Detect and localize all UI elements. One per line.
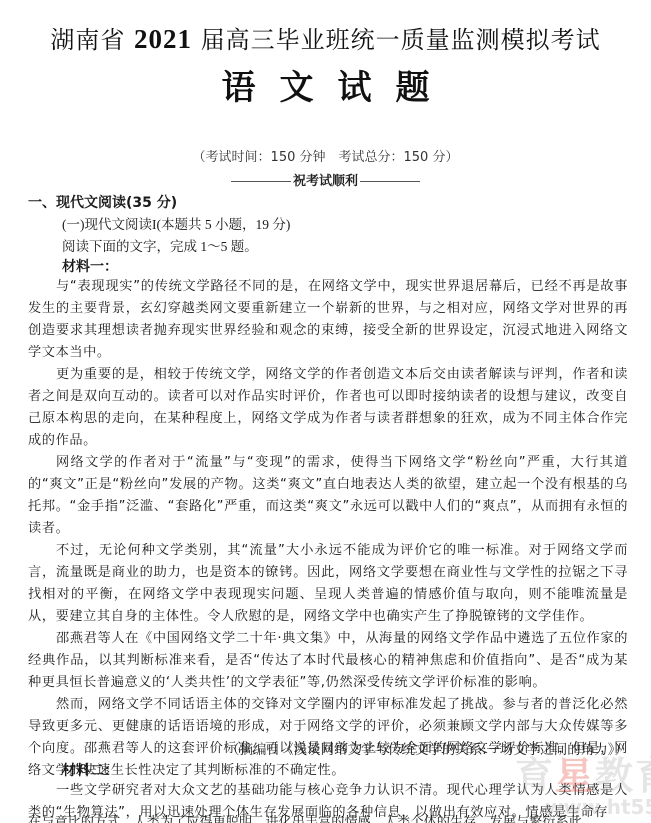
watermark-url: www.ht55.com [545, 795, 651, 819]
instruction: 阅读下面的文字，完成 1～5 题。 [62, 235, 258, 255]
watermark-char-red: 星 [555, 754, 595, 798]
material2-label: 材料二： [62, 760, 118, 780]
title-year: 2021 [134, 24, 192, 54]
exam-page: 湖南省 2021 届高三毕业班统一质量监测模拟考试 语文试题 （考试时间：150… [0, 0, 651, 823]
subsection-heading: (一)现代文阅读I(本题共 5 小题，19 分) [62, 213, 290, 233]
good-luck-banner: 祝考试顺利 [0, 170, 651, 189]
material1-label: 材料一： [62, 256, 118, 276]
partial-text: 在与意比的方式，人类为了应得更聪明，进化出丰富的情感，人类个体的生存、发展与繁衍… [28, 815, 582, 823]
good-luck-text: 祝考试顺利 [293, 174, 358, 189]
paragraph: 网络文学的作者对于“流量”与“变现”的需求，使得当下网络文学“粉丝向”严重，大行… [28, 452, 628, 540]
subject-title: 语文试题 [0, 60, 651, 109]
cut-off-line: 在与意比的方式，人类为了应得更聪明，进化出丰富的情感，人类个体的生存、发展与繁衍… [28, 812, 628, 823]
paragraph: 更为重要的是，相较于传统文学，网络文学的作者创造文本后交由读者解读与评判，作者和… [28, 364, 628, 452]
title-prefix: 湖南省 [50, 26, 125, 54]
material1-body: 与“表现现实”的传统文学路径不同的是，在网络文学中，现实世界退居幕后，已经不再是… [28, 276, 628, 782]
exam-title: 湖南省 2021 届高三毕业班统一质量监测模拟考试 [0, 20, 651, 55]
paragraph: 与“表现现实”的传统文学路径不同的是，在网络文学中，现实世界退居幕后，已经不再是… [28, 276, 628, 364]
divider-left [231, 181, 291, 182]
exam-info: （考试时间：150 分钟 考试总分：150 分） [0, 146, 651, 165]
title-suffix: 届高三毕业班统一质量监测模拟考试 [201, 26, 601, 54]
section-heading: 一、现代文阅读(35 分) [28, 192, 177, 212]
divider-right [360, 181, 420, 182]
paragraph: 邵燕君等人在《中国网络文学二十年·典文集》中，从海量的网络文学作品中遴选了五位作… [28, 628, 628, 694]
watermark-char: 育 [515, 754, 555, 798]
paragraph: 不过，无论何种文学类别，其“流量”大小永远不能成为评价它的唯一标准。对于网络文学… [28, 540, 628, 628]
watermark-chars: 教育网 [595, 754, 651, 798]
watermark-logo: 育星教育网 [515, 745, 651, 800]
